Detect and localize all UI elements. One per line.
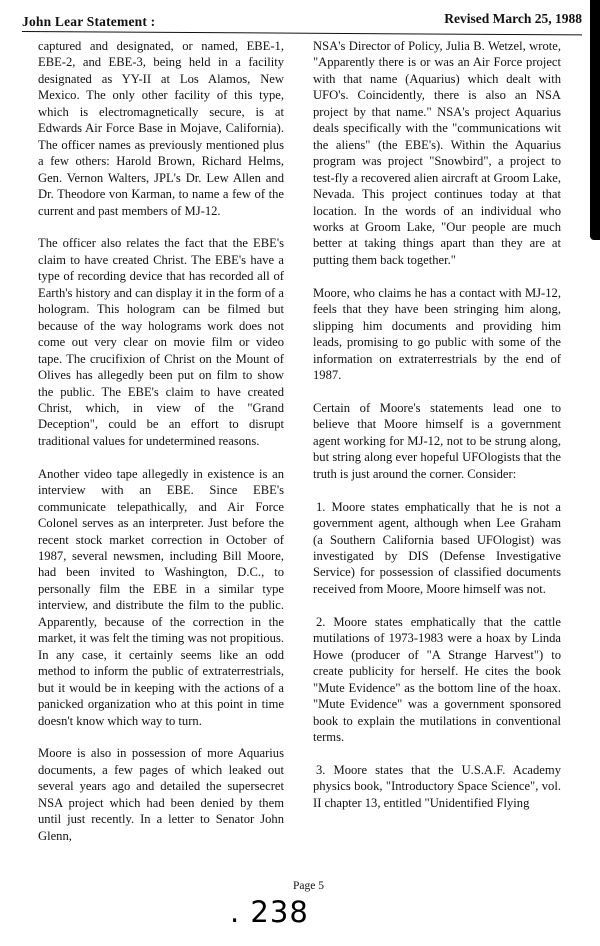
paragraph: Moore, who claims he has a contact with … [313,285,561,384]
paragraph: Another video tape allegedly in existenc… [38,466,284,729]
page-header: John Lear Statement : Revised March 25, … [22,14,582,32]
page-number: Page 5 [293,880,324,892]
handwritten-annotation: . 238 [230,895,309,929]
list-item: 1. Moore states emphatically that he is … [313,499,561,598]
paragraph: Certain of Moore's statements lead one t… [313,400,561,482]
list-item: 2. Moore states emphatically that the ca… [313,614,561,746]
paragraph: NSA's Director of Policy, Julia B. Wetze… [313,38,561,268]
left-column: captured and designated, or named, EBE-1… [38,38,284,861]
list-item: 3. Moore states that the U.S.A.F. Academ… [313,762,561,811]
right-column: NSA's Director of Policy, Julia B. Wetze… [313,38,561,828]
revision-date: Revised March 25, 1988 [444,11,582,27]
document-title: John Lear Statement : [22,14,155,30]
paragraph: Moore is also in possession of more Aqua… [38,745,284,844]
paragraph: captured and designated, or named, EBE-1… [38,38,284,219]
scan-border [590,0,600,240]
paragraph: The officer also relates the fact that t… [38,235,284,449]
